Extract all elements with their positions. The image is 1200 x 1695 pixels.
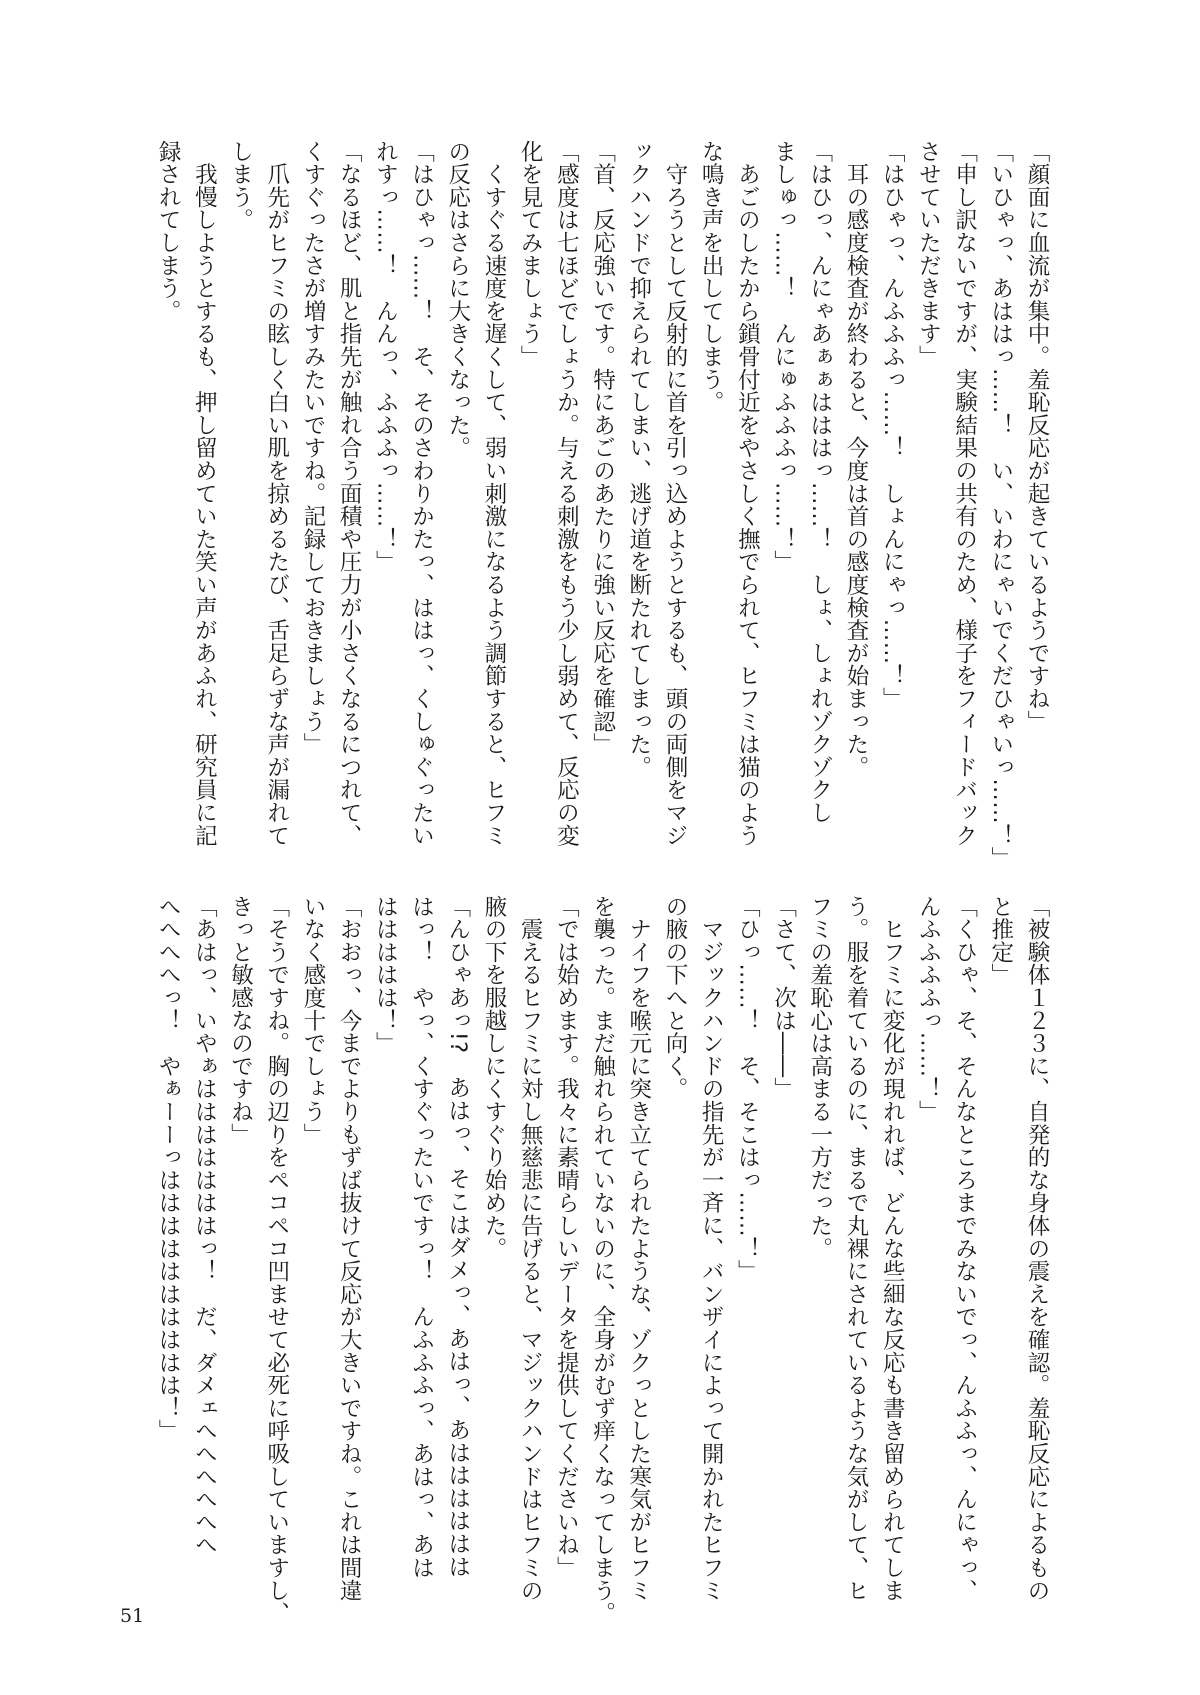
text-column: 耳の感度検査が終わると、今度は首の感度検査が始まった。	[838, 140, 874, 820]
text-column: と推定」	[983, 895, 1019, 1585]
text-column: 録されてしまう。	[150, 140, 186, 820]
page-number: 51	[120, 1605, 144, 1627]
text-column: を襲った。まだ触れられていないのに、全身がむず痒くなってしまう。	[584, 895, 620, 1585]
text-column: 「感度は七ほどでしょうか。与える刺激をもう少し弱めて、反応の変	[548, 140, 584, 820]
text-column: くすぐったさが増すみたいですね。記録しておきましょう」	[295, 140, 331, 820]
text-column: の腋の下へと向く。	[657, 895, 693, 1585]
text-column: 腋の下を服越しにくすぐり始めた。	[476, 895, 512, 1585]
text-column: う。服を着ているのに、まるで丸裸にされているような気がして、ヒ	[838, 895, 874, 1585]
text-column: させていただきます」	[910, 140, 946, 820]
text-column: 「んひゃあっ!? あはっ、そこはダメっ、あはっ、あはははははは	[440, 895, 476, 1585]
text-block-top: 「顔面に血流が集中。羞恥反応が起きているようですね」「いひゃっ、あははっ……！ …	[175, 140, 1055, 820]
text-column: な鳴き声を出してしまう。	[693, 140, 729, 820]
text-column: 震えるヒフミに対し無慈悲に告げると、マジックハンドはヒフミの	[512, 895, 548, 1585]
text-column: くすぐる速度を遅くして、弱い刺激になるよう調節すると、ヒフミ	[476, 140, 512, 820]
text-column: 「あはっ、いやぁはははははははっ！ だ、ダメェへへへへへへ	[186, 895, 222, 1585]
text-column: ははははは！」	[367, 895, 403, 1585]
text-column: 「そうですね。胸の辺りをペコペコ凹ませて必死に呼吸していますし、	[259, 895, 295, 1585]
text-column: 我慢しようとするも、押し留めていた笑い声があふれ、研究員に記	[186, 140, 222, 820]
text-column: れすっ……！ んんっ、ふふふっ……！」	[367, 140, 403, 820]
text-column: 「首、反応強いです。特にあごのあたりに強い反応を確認」	[584, 140, 620, 820]
text-column: 「くひゃ、そ、そんなところまでみないでっ、んふふっ、んにゃっ、	[946, 895, 982, 1585]
text-column: 「はひゃっ、んふふふっ……！ しょんにゃっ……！」	[874, 140, 910, 820]
text-column: 「さて、次は――」	[765, 895, 801, 1585]
text-column: ましゅっ……！ んにゅふふふっ……！」	[765, 140, 801, 820]
text-column: 「ひっ……！ そ、そこはっ……！」	[729, 895, 765, 1585]
text-column: きっと敏感なのですね」	[222, 895, 258, 1585]
text-column: の反応はさらに大きくなった。	[440, 140, 476, 820]
text-column: ナイフを喉元に突き立てられたような、ゾクっとした寒気がヒフミ	[621, 895, 657, 1585]
text-column: ヒフミに変化が現れれば、どんな些細な反応も書き留められてしま	[874, 895, 910, 1585]
text-column: 「はひっ、んにゃあぁぁはははっ……！ しょ、しょれゾクゾクし	[802, 140, 838, 820]
text-column: 「申し訳ないですが、実験結果の共有のため、様子をフィードバック	[946, 140, 982, 820]
text-column: 「顔面に血流が集中。羞恥反応が起きているようですね」	[1019, 140, 1055, 820]
text-column: しまう。	[222, 140, 258, 820]
text-column: 「いひゃっ、あははっ……！ い、いわにゃいでくだひゃいっ……！」	[983, 140, 1019, 820]
text-column: 「おおっ、今までよりもずば抜けて反応が大きいですね。これは間違	[331, 895, 367, 1585]
text-column: マジックハンドの指先が一斉に、バンザイによって開かれたヒフミ	[693, 895, 729, 1585]
text-column: 守ろうとして反射的に首を引っ込めようとするも、頭の両側をマジ	[657, 140, 693, 820]
text-column: ックハンドで抑えられてしまい、逃げ道を断たれてしまった。	[621, 140, 657, 820]
text-column: あごのしたから鎖骨付近をやさしく撫でられて、ヒフミは猫のよう	[729, 140, 765, 820]
text-column: 「なるほど、肌と指先が触れ合う面積や圧力が小さくなるにつれて、	[331, 140, 367, 820]
text-column: フミの羞恥心は高まる一方だった。	[802, 895, 838, 1585]
text-column: 「はひゃっ……！ そ、そのさわりかたっ、ははっ、くしゅぐったい	[403, 140, 439, 820]
text-column: へへへへっ！ やぁーーっはははははははははは！」	[150, 895, 186, 1585]
text-column: 化を見てみましょう」	[512, 140, 548, 820]
text-column: 「では始めます。我々に素晴らしいデータを提供してくださいね」	[548, 895, 584, 1585]
text-column: 爪先がヒフミの眩しく白い肌を掠めるたび、舌足らずな声が漏れて	[259, 140, 295, 820]
text-column: んふふふふっ……！」	[910, 895, 946, 1585]
text-column: 「被験体１２３に、自発的な身体の震えを確認。羞恥反応によるもの	[1019, 895, 1055, 1585]
text-block-bottom: 「被験体１２３に、自発的な身体の震えを確認。羞恥反応によるものと推定」「くひゃ、…	[175, 895, 1055, 1585]
text-column: いなく感度十でしょう」	[295, 895, 331, 1585]
text-column: はっ！ やっ、くすぐったいですっ！ んふふふっ、あはっ、あは	[403, 895, 439, 1585]
